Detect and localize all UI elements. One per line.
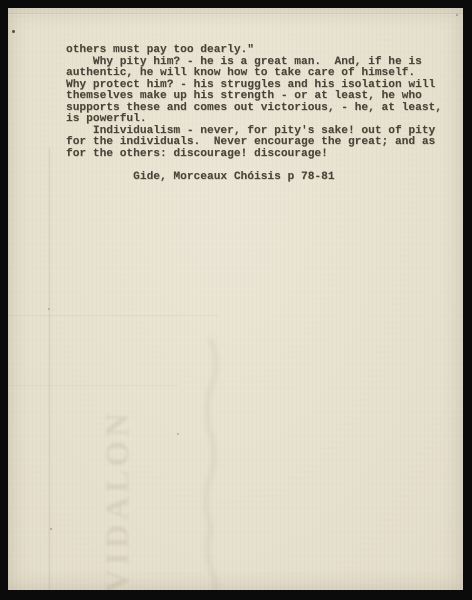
vertical-fold-crease [49,148,50,590]
ink-speck [177,433,179,435]
document-page: VIDALON others must pay too dearly." Why… [8,8,463,590]
ink-speck [456,14,458,16]
horizontal-crease-top [8,13,463,14]
typewritten-text: others must pay too dearly." Why pity hi… [66,45,442,183]
ink-speck [50,528,52,530]
horizontal-crease-lower [8,385,178,386]
horizontal-crease-middle [8,315,218,316]
ink-speck [12,30,15,33]
paper-watermark: VIDALON [100,355,146,590]
photo-backdrop: VIDALON others must pay too dearly." Why… [0,0,472,600]
ink-speck [48,308,50,310]
ink-bleed-smudge [191,338,231,590]
